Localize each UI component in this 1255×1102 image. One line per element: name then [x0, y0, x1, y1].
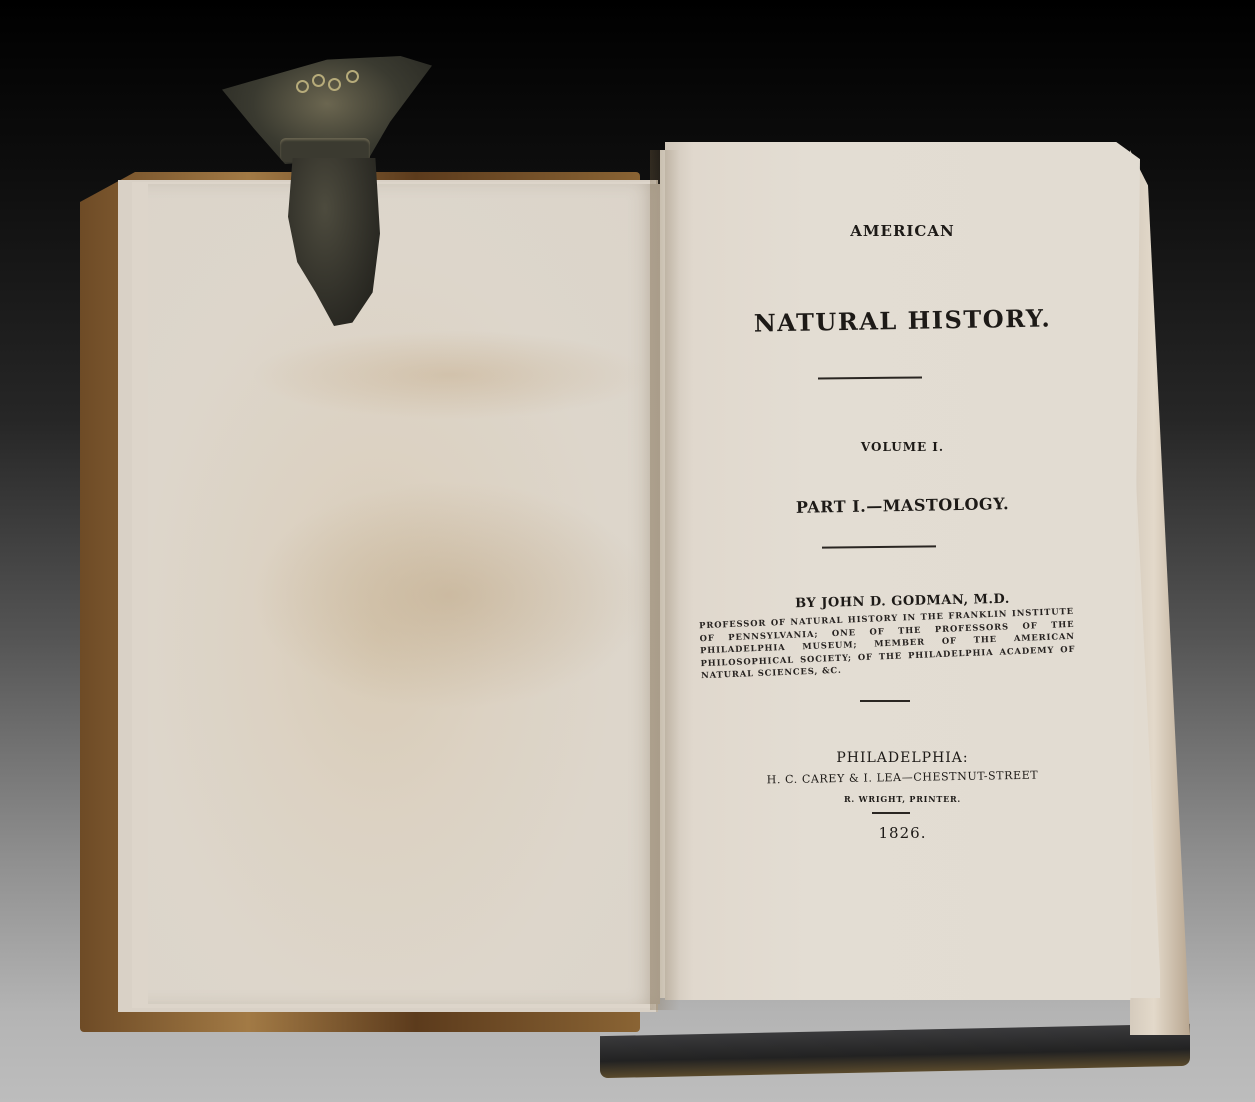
offset-stain-engraving	[250, 480, 650, 710]
title-line-american: AMERICAN	[665, 222, 1140, 240]
offset-stain-top	[250, 330, 650, 420]
cuff-flower-ornament	[312, 74, 325, 87]
imprint-city: PHILADELPHIA:	[665, 750, 1140, 766]
volume-label: VOLUME I.	[665, 440, 1140, 454]
cuff-flower-ornament	[296, 80, 309, 93]
cuff-flower-ornament	[346, 70, 359, 83]
title-page	[665, 142, 1140, 1000]
imprint-year: 1826.	[665, 824, 1140, 842]
imprint-printer: R. WRIGHT, PRINTER.	[665, 794, 1140, 804]
divider-rule-4	[872, 812, 910, 814]
cuff-flower-ornament	[328, 78, 341, 91]
divider-rule-3	[860, 700, 910, 702]
book-cover-bottom	[600, 1024, 1190, 1078]
book-gutter	[650, 150, 680, 1010]
